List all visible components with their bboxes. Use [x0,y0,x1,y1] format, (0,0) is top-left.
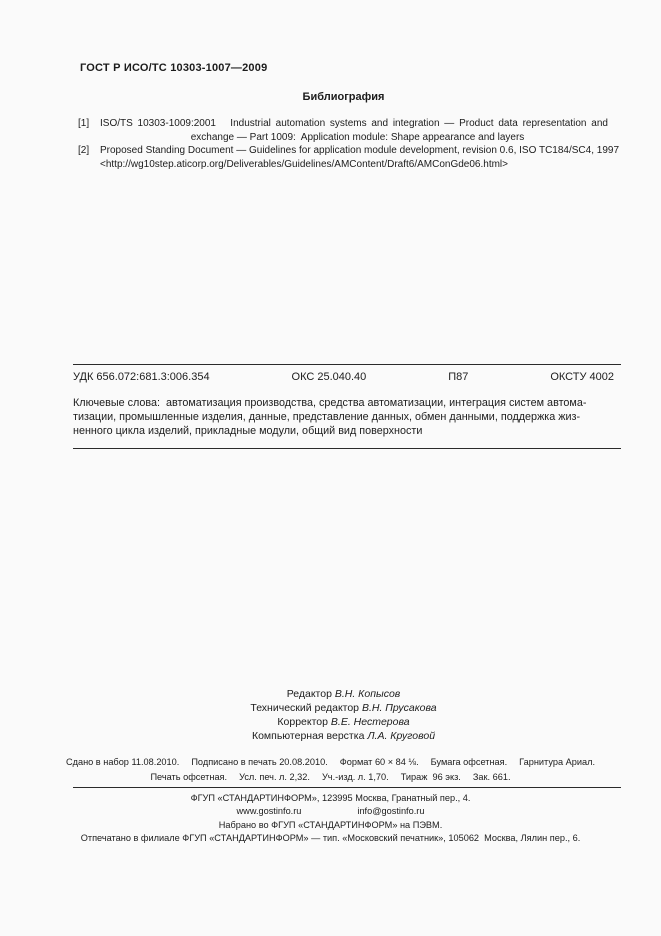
bibliography-list: [1] ISO/TS 10303-1009:2001 Industrial au… [78,117,615,171]
credit-corrector: Корректор В.Е. Нестерова [73,715,614,729]
credits-block: Редактор В.Н. Копысов Технический редакт… [73,687,614,743]
publisher-email: info@gostinfo.ru [357,805,424,818]
colophon-item: Печать офсетная. [150,770,227,785]
publisher-typeset: Набрано во ФГУП «СТАНДАРТИНФОРМ» на ПЭВМ… [40,819,621,832]
credit-technical-editor: Технический редактор В.Н. Прусакова [73,701,614,715]
publisher-printed: Отпечатано в филиале ФГУП «СТАНДАРТИНФОР… [40,832,621,845]
keywords-line: Ключевые слова: автоматизация производст… [73,396,618,410]
p-index: П87 [448,371,468,383]
classification-row: УДК 656.072:681.3:006.354 ОКС 25.040.40 … [73,371,614,383]
okstu-code: ОКСТУ 4002 [550,371,614,383]
bib-entry: [1] ISO/TS 10303-1009:2001 Industrial au… [78,117,615,144]
keywords-line: ненного цикла изделий, прикладные модули… [73,424,618,438]
udk-code: УДК 656.072:681.3:006.354 [73,371,210,383]
horizontal-rule [73,364,621,365]
bib-entry-line: exchange — Part 1009: Application module… [100,131,615,145]
colophon-line-2: Печать офсетная. Усл. печ. л. 2,32. Уч.-… [40,770,621,785]
bib-entry-text: Proposed Standing Document — Guidelines … [100,144,619,171]
credit-name: В.Е. Нестерова [331,716,410,728]
publisher-address: ФГУП «СТАНДАРТИНФОРМ», 123995 Москва, Гр… [40,792,621,805]
bibliography-title: Библиография [73,91,614,103]
bib-entry-text: ISO/TS 10303-1009:2001 Industrial automa… [100,117,615,144]
horizontal-rule [73,448,621,449]
bib-entry-line: Proposed Standing Document — Guidelines … [100,144,619,158]
colophon-item: Зак. 661. [473,770,511,785]
colophon-item: Усл. печ. л. 2,32. [239,770,310,785]
bib-entry-line: ISO/TS 10303-1009:2001 Industrial automa… [100,117,615,131]
colophon-item: Сдано в набор 11.08.2010. [66,755,179,770]
credit-label: Компьютерная верстка [252,730,367,742]
keywords-paragraph: Ключевые слова: автоматизация производст… [73,396,618,438]
publisher-contacts: www.gostinfo.ru info@gostinfo.ru [40,805,621,818]
bib-entry-url: <http://wg10step.aticorp.org/Deliverable… [100,158,619,172]
colophon-line-1: Сдано в набор 11.08.2010. Подписано в пе… [40,755,621,770]
publisher-block: ФГУП «СТАНДАРТИНФОРМ», 123995 Москва, Гр… [40,792,621,845]
colophon-item: Уч.-изд. л. 1,70. [322,770,389,785]
credit-name: Л.А. Круговой [367,730,435,742]
credit-label: Корректор [277,716,330,728]
bib-entry-number: [2] [78,144,100,171]
print-colophon: Сдано в набор 11.08.2010. Подписано в пе… [40,755,621,785]
colophon-item: Гарнитура Ариал. [519,755,595,770]
publisher-website: www.gostinfo.ru [237,805,302,818]
credit-layout: Компьютерная верстка Л.А. Круговой [73,729,614,743]
colophon-item: Бумага офсетная. [431,755,508,770]
credit-name: В.Н. Копысов [335,688,400,700]
bib-entry-number: [1] [78,117,100,144]
colophon-item: Подписано в печать 20.08.2010. [191,755,327,770]
colophon-item: Тираж 96 экз. [401,770,461,785]
credit-label: Технический редактор [250,702,362,714]
bib-entry: [2] Proposed Standing Document — Guideli… [78,144,615,171]
document-page: ГОСТ Р ИСО/ТС 10303-1007—2009 Библиограф… [0,0,661,936]
colophon-item: Формат 60 × 84 ⅛. [340,755,419,770]
credit-name: В.Н. Прусакова [362,702,437,714]
oks-code: ОКС 25.040.40 [292,371,367,383]
credit-editor: Редактор В.Н. Копысов [73,687,614,701]
keywords-line: тизации, промышленные изделия, данные, п… [73,410,618,424]
horizontal-rule [73,787,621,788]
doc-number: ГОСТ Р ИСО/ТС 10303-1007—2009 [80,62,267,74]
credit-label: Редактор [287,688,335,700]
